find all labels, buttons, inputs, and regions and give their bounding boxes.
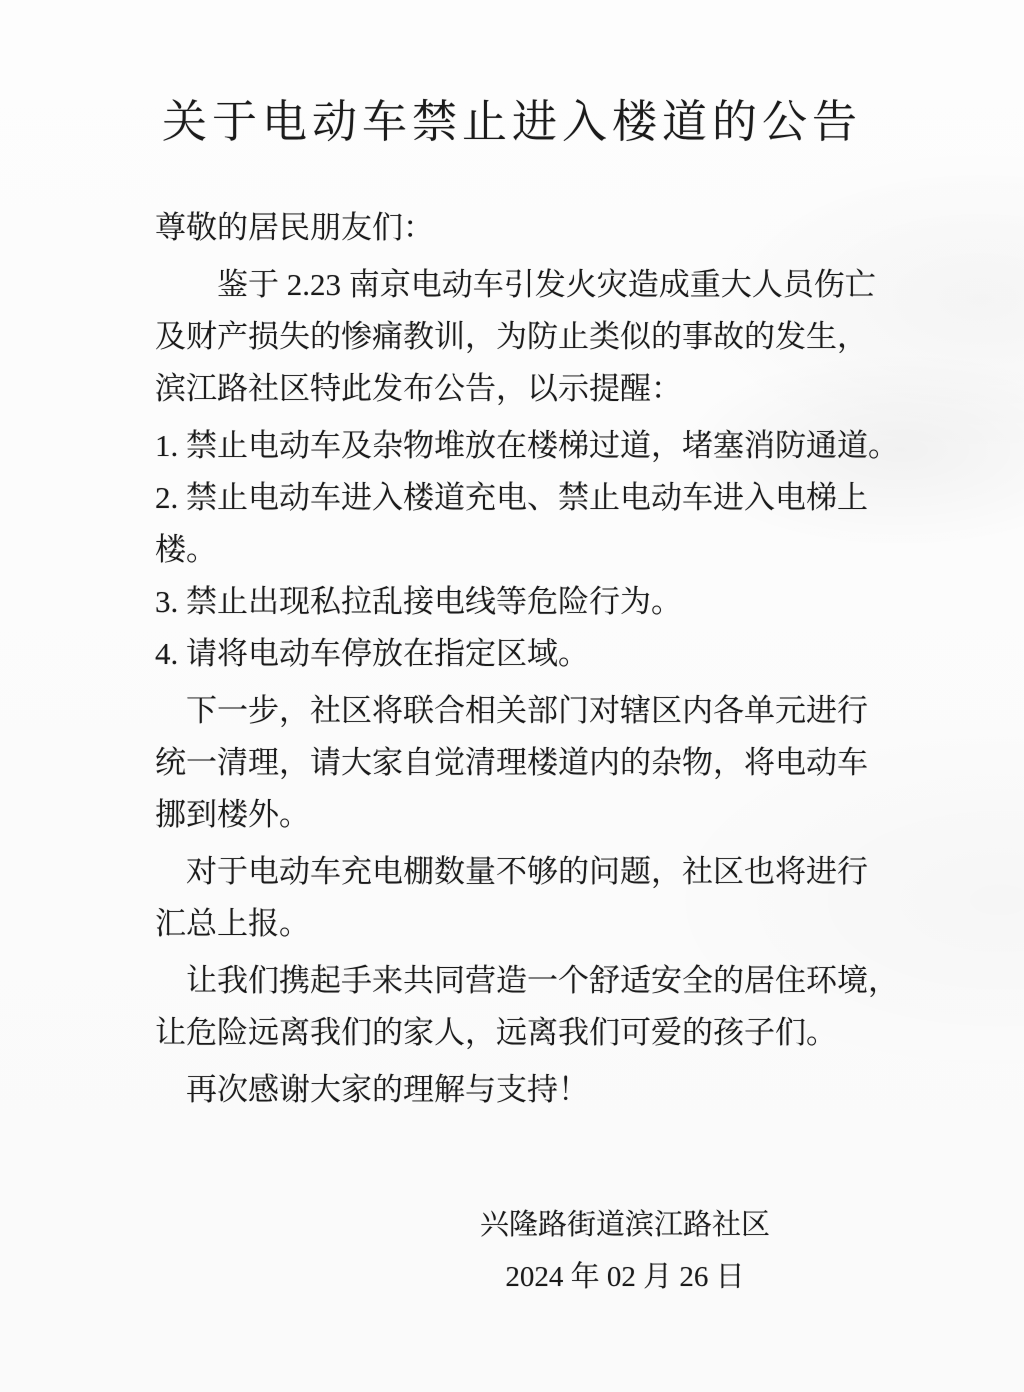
intro-line: 滨江路社区特此发布公告，以示提醒： [155,363,895,415]
rule-item-4: 4. 请将电动车停放在指定区域。 [155,628,895,680]
signature-date: 2024 年 02 月 26 日 [360,1251,890,1303]
salutation-line: 尊敬的居民朋友们： [155,202,895,254]
rule-item-2-continued: 楼。 [155,524,895,576]
thanks-line: 再次感谢大家的理解与支持！ [155,1064,895,1116]
cleanup-line: 下一步，社区将联合相关部门对辖区内各单元进行 [155,685,895,737]
rule-item-2: 2. 禁止电动车进入楼道充电、禁止电动车进入电梯上 [155,472,895,524]
notice-title: 关于电动车禁止进入楼道的公告 [0,0,1024,152]
charging-shed-line: 汇总上报。 [155,898,895,950]
rule-item-1: 1. 禁止电动车及杂物堆放在楼梯过道，堵塞消防通道。 [155,420,895,472]
notice-body: 尊敬的居民朋友们： 鉴于 2.23 南京电动车引发火灾造成重大人员伤亡 及财产损… [155,202,895,1116]
signature-org: 兴隆路街道滨江路社区 [360,1199,890,1251]
appeal-line: 让危险远离我们的家人，远离我们可爱的孩子们。 [155,1007,895,1059]
charging-shed-line: 对于电动车充电棚数量不够的问题，社区也将进行 [155,846,895,898]
notice-document: 关于电动车禁止进入楼道的公告 尊敬的居民朋友们： 鉴于 2.23 南京电动车引发… [0,0,1024,1392]
intro-line: 鉴于 2.23 南京电动车引发火灾造成重大人员伤亡 [155,259,895,311]
intro-line: 及财产损失的惨痛教训，为防止类似的事故的发生， [155,311,895,363]
cleanup-line: 统一清理，请大家自觉清理楼道内的杂物，将电动车 [155,737,895,789]
appeal-line: 让我们携起手来共同营造一个舒适安全的居住环境， [155,955,895,1007]
signature-block: 兴隆路街道滨江路社区 2024 年 02 月 26 日 [360,1199,890,1303]
cleanup-line: 挪到楼外。 [155,789,895,841]
rule-item-3: 3. 禁止出现私拉乱接电线等危险行为。 [155,576,895,628]
